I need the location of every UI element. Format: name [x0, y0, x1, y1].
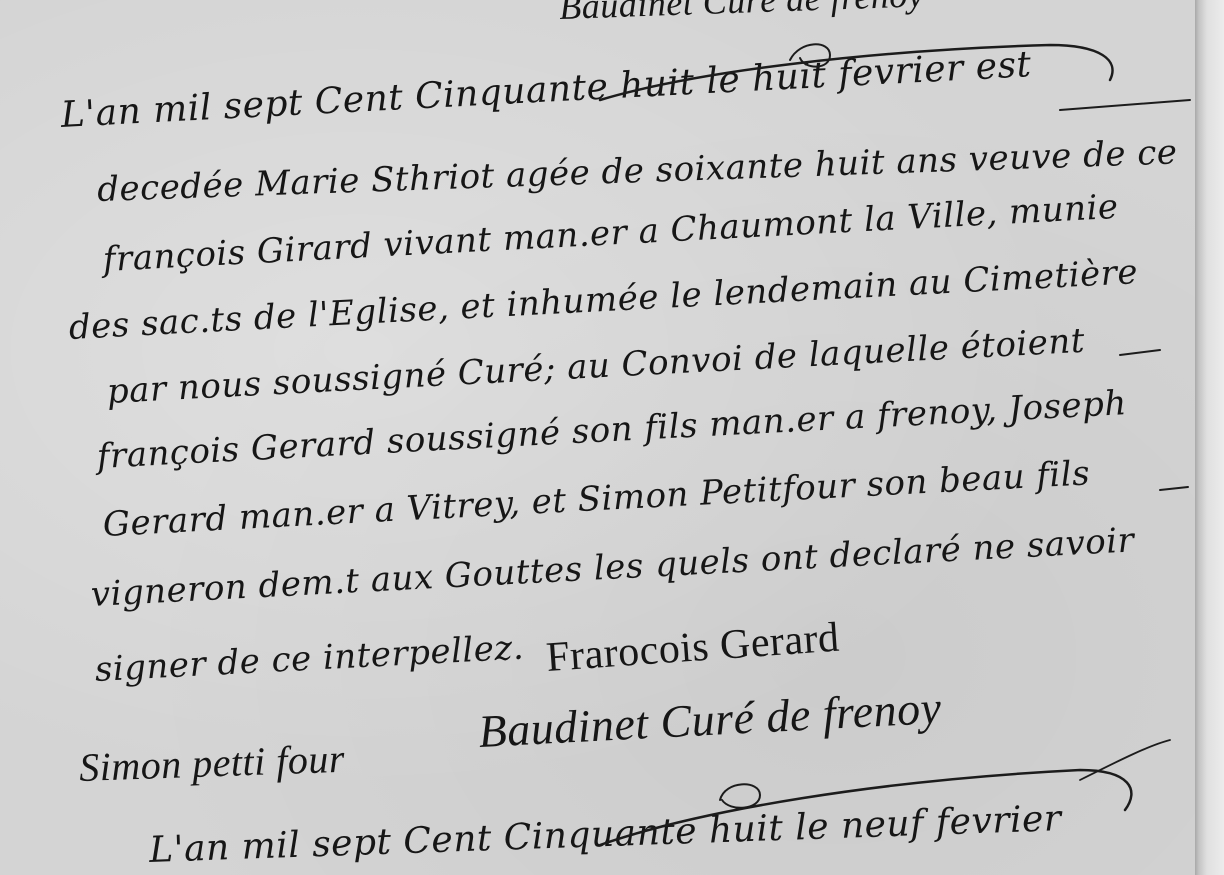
signature-francois-gerard: Frarocois Gerard — [545, 614, 841, 682]
entry-line-1: L'an mil sept Cent Cinquante huit le hui… — [60, 44, 1033, 136]
page-binding-gutter — [1195, 0, 1224, 875]
previous-entry-signature-fragment: Baudinet Curé de frenoy — [559, 0, 925, 28]
signature-cure: Baudinet Curé de frenoy — [477, 681, 942, 758]
next-entry-fragment: L'an mil sept Cent Cinquante huit le neu… — [149, 798, 1063, 871]
entry-line-9: signer de ce interpellez. — [94, 628, 525, 690]
signature-simon-petitfour: Simon petti four — [78, 735, 345, 791]
register-page: Baudinet Curé de frenoy L'an mil sept Ce… — [0, 0, 1195, 875]
